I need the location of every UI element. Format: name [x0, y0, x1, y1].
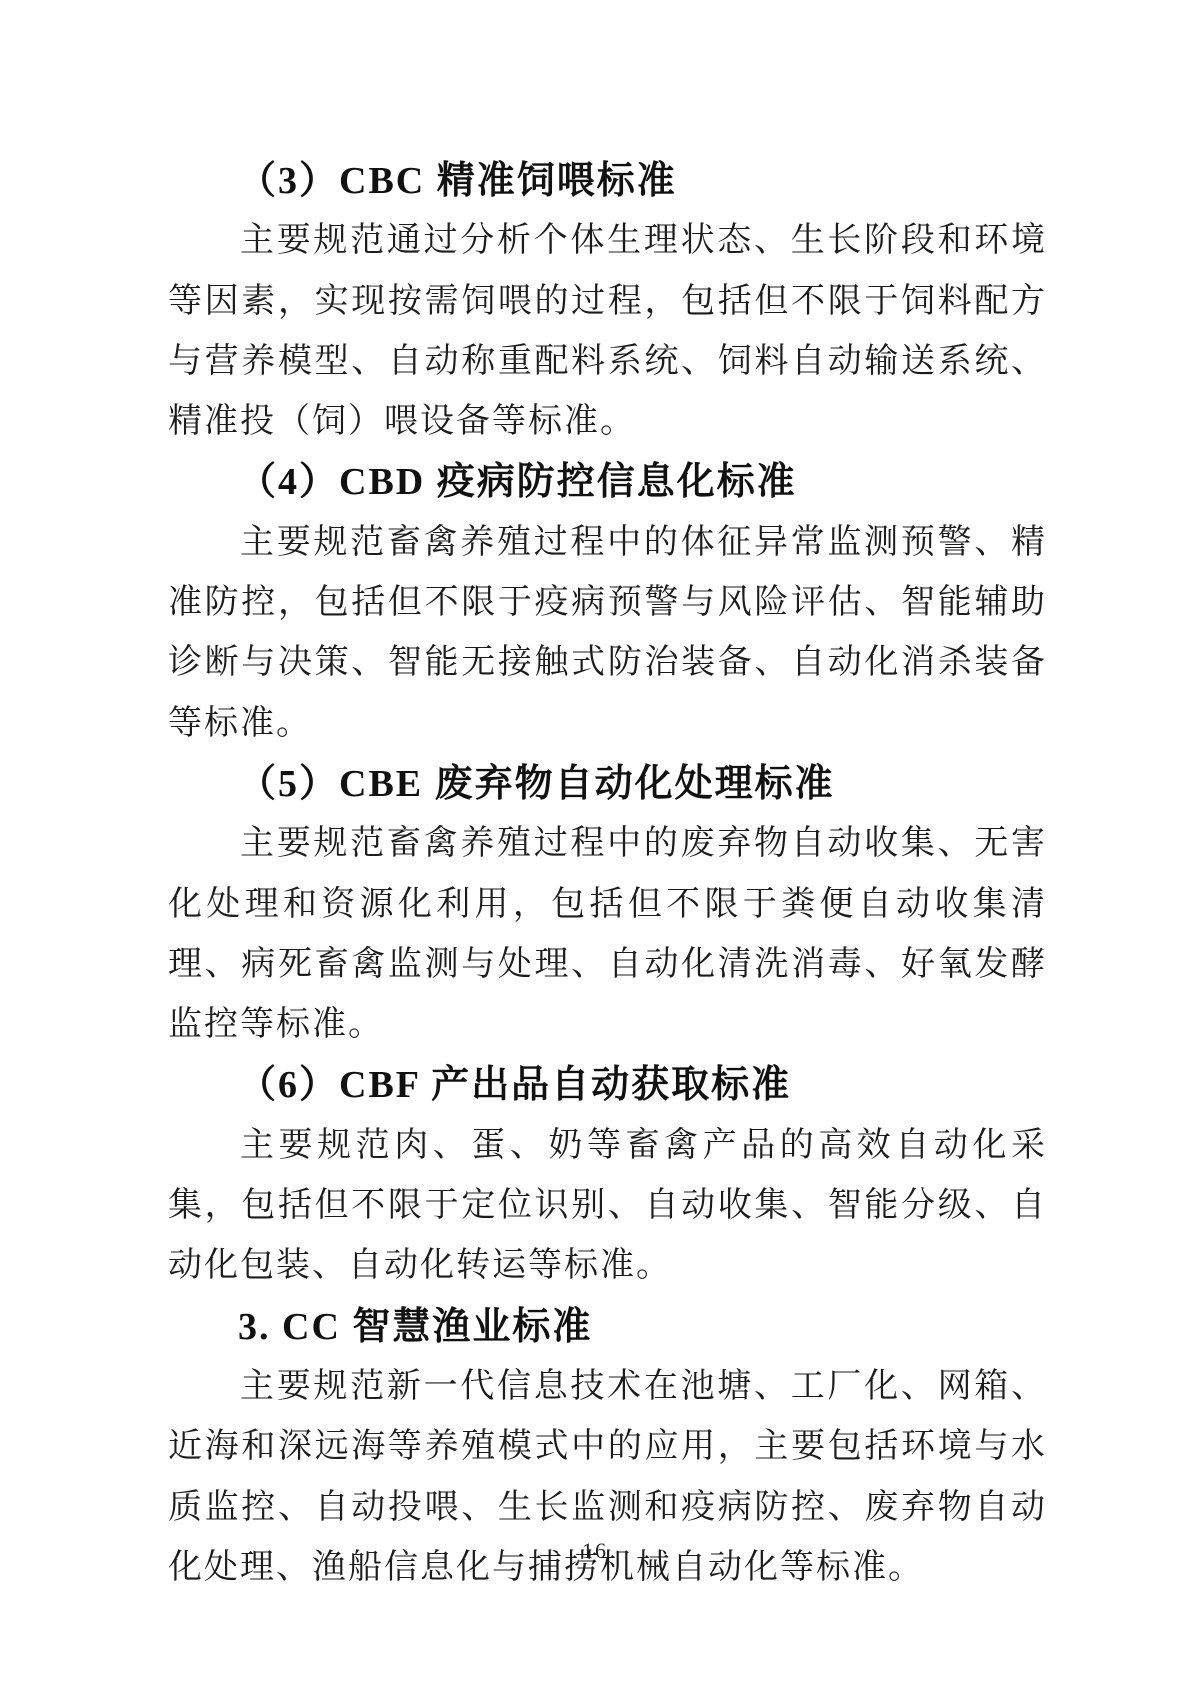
section-body: 主要规范肉、蛋、奶等畜禽产品的高效自动化采集，包括但不限于定位识别、自动收集、智…	[168, 1116, 1047, 1297]
section-heading: （3）CBC 精准饲喂标准	[168, 151, 1047, 211]
document-content: （3）CBC 精准饲喂标准 主要规范通过分析个体生理状态、生长阶段和环境等因素，…	[168, 151, 1047, 1598]
section-heading: （4）CBD 疫病防控信息化标准	[168, 452, 1047, 512]
section-body: 主要规范通过分析个体生理状态、生长阶段和环境等因素，实现按需饲喂的过程，包括但不…	[168, 211, 1047, 452]
section-body: 主要规范畜禽养殖过程中的体征异常监测预警、精准防控，包括但不限于疫病预警与风险评…	[168, 513, 1047, 754]
section-cbc: （3）CBC 精准饲喂标准 主要规范通过分析个体生理状态、生长阶段和环境等因素，…	[168, 151, 1047, 452]
section-cbd: （4）CBD 疫病防控信息化标准 主要规范畜禽养殖过程中的体征异常监测预警、精准…	[168, 452, 1047, 753]
page-number: 16	[0, 1538, 1190, 1564]
section-heading: （6）CBF 产出品自动获取标准	[168, 1055, 1047, 1115]
document-page: （3）CBC 精准饲喂标准 主要规范通过分析个体生理状态、生长阶段和环境等因素，…	[0, 0, 1190, 1683]
section-cbf: （6）CBF 产出品自动获取标准 主要规范肉、蛋、奶等畜禽产品的高效自动化采集，…	[168, 1055, 1047, 1296]
section-heading: （5）CBE 废弃物自动化处理标准	[168, 754, 1047, 814]
section-heading: 3. CC 智慧渔业标准	[168, 1297, 1047, 1357]
section-body: 主要规范畜禽养殖过程中的废弃物自动收集、无害化处理和资源化利用，包括但不限于粪便…	[168, 814, 1047, 1055]
section-cbe: （5）CBE 废弃物自动化处理标准 主要规范畜禽养殖过程中的废弃物自动收集、无害…	[168, 754, 1047, 1055]
